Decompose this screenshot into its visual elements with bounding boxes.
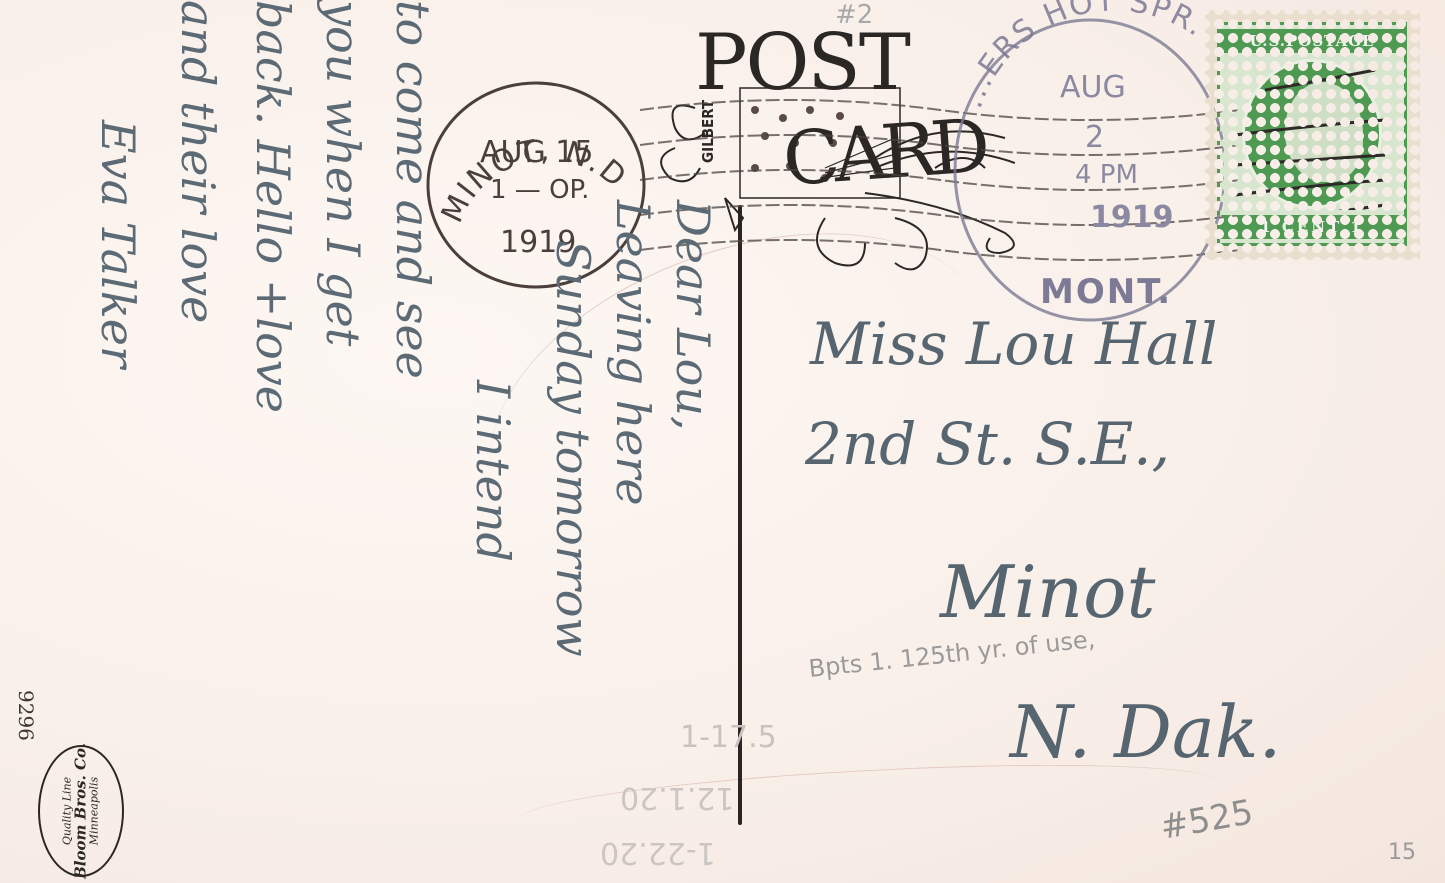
publisher-name: Bloom Bros. Co. <box>73 743 89 879</box>
postmark-minot-time: 1 — OP. <box>490 175 589 205</box>
postmark-montana-state: MONT. <box>1040 272 1172 312</box>
message-line: Dear Lou, <box>666 200 720 431</box>
card-number: 9296 <box>14 690 38 741</box>
message-line: Sunday tomorrow <box>546 240 600 657</box>
message-line: I intend <box>466 380 520 562</box>
pencil-faint-number: 12.1.20 <box>620 780 735 815</box>
publisher-logo: Quality Line Bloom Bros. Co. Minneapolis <box>38 745 124 877</box>
postmark-montana: ...ERS HOT SPR... AUG 2 4 PM 1919 MONT. <box>940 0 1240 330</box>
pencil-catalog-number: #525 <box>1157 792 1256 848</box>
message-line: to come and see <box>386 0 440 379</box>
message-line: and their love <box>171 0 225 323</box>
message-line: back. Hello +love <box>246 0 300 413</box>
message-line: Leaving here <box>606 200 660 506</box>
address-line-street: 2nd St. S.E., <box>805 410 1170 478</box>
address-line-state: N. Dak. <box>1010 690 1281 774</box>
postcard-back: POST CARD GILBERT MINOT, N.DAK. AUG 15 1… <box>0 0 1445 883</box>
postmark-montana-date: AUG <box>1060 70 1126 105</box>
address-line-city: Minot <box>940 550 1155 634</box>
pencil-faint-number: 1-17.5 <box>680 720 777 755</box>
postmark-montana-time: 4 PM <box>1075 160 1138 190</box>
postmark-minot-date: AUG 15 <box>480 135 593 170</box>
stamp-denomination: 1 CENT 1 <box>1220 215 1404 239</box>
pencil-faint-number: 1-22.20 <box>600 835 716 870</box>
postage-stamp: U.S.POSTAGE 1 CENT 1 <box>1205 10 1420 260</box>
address-line-name: Miss Lou Hall <box>810 310 1217 378</box>
publisher-city: Minneapolis <box>89 743 101 879</box>
postmark-montana-year: 1919 <box>1090 200 1174 235</box>
message-signature: Eva Talker <box>91 120 145 368</box>
message-line: you when I get <box>316 0 370 346</box>
pencil-corner-number: 15 <box>1388 840 1416 865</box>
postmark-montana-day: 2 <box>1085 120 1104 155</box>
stamp-cancel-lines-icon <box>1175 50 1445 210</box>
pencil-corner-mark: #2 <box>835 0 873 30</box>
